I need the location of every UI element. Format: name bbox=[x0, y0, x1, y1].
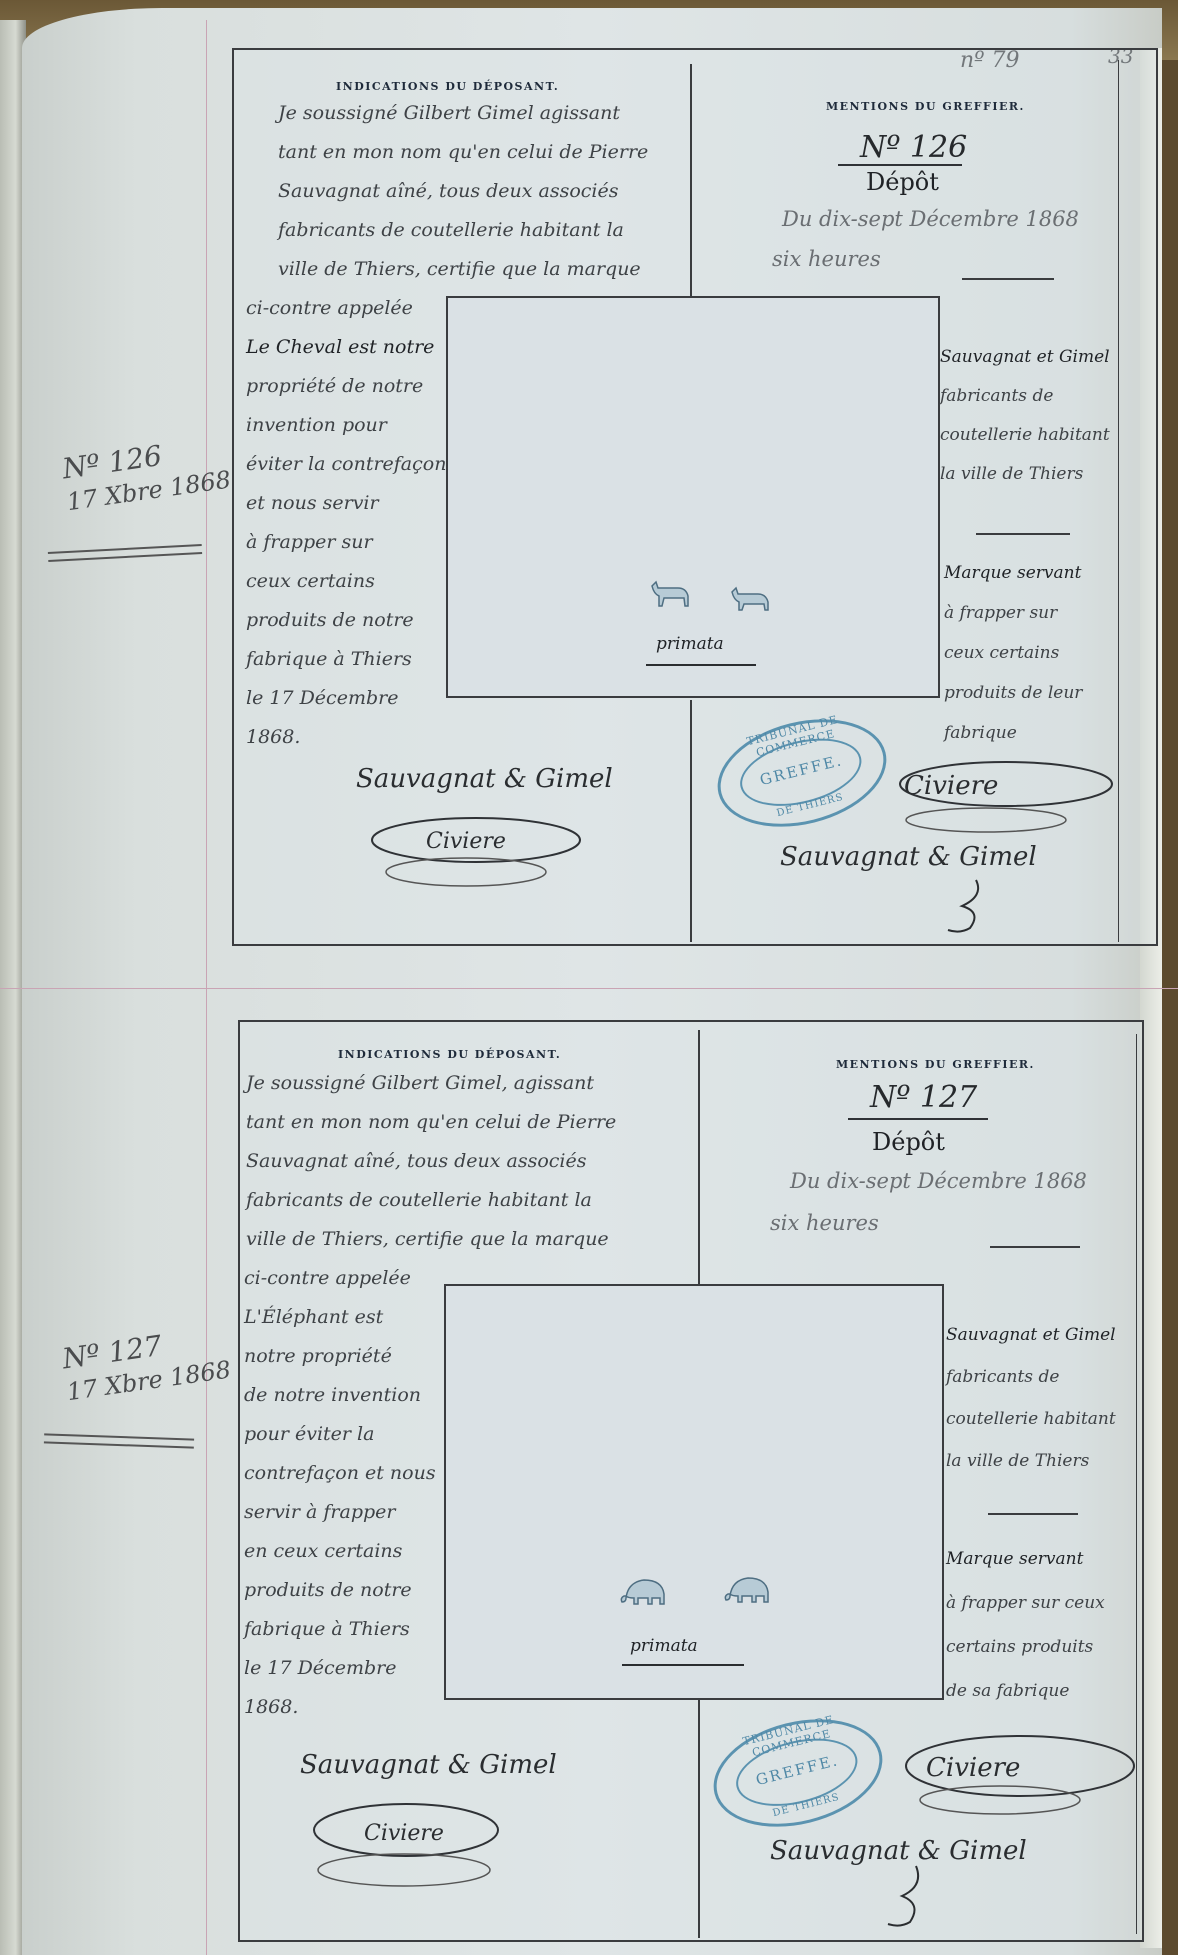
deposant-line: invention pour bbox=[246, 406, 387, 445]
greffier-line: la ville de Thiers bbox=[946, 1442, 1089, 1481]
deposant-line: éviter la contrefaçon bbox=[246, 445, 446, 484]
greffier-register-number: Nº 126 bbox=[860, 130, 967, 165]
greffier-line: coutellerie habitant bbox=[940, 416, 1110, 455]
register-number-underline bbox=[838, 164, 962, 166]
deposant-signature: Sauvagnat & Gimel bbox=[300, 1750, 557, 1780]
column-divider-top bbox=[690, 64, 692, 300]
deposant-line: ville de Thiers, certifie que la marque bbox=[246, 1220, 609, 1259]
deposant-line: Le Cheval est notre bbox=[246, 328, 434, 367]
deposant-heading: INDICATIONS DU DÉPOSANT. bbox=[336, 80, 559, 93]
greffier-line: à frapper sur ceux bbox=[946, 1584, 1105, 1623]
trademark-box: primata bbox=[446, 296, 940, 698]
elephant-icon bbox=[618, 1576, 668, 1608]
deposant-line: servir à frapper bbox=[244, 1493, 395, 1532]
deposant-line: pour éviter la bbox=[244, 1415, 374, 1454]
deposant-line: à frapper sur bbox=[246, 523, 373, 562]
deposant-line: ceux certains bbox=[246, 562, 375, 601]
depot-label: Dépôt bbox=[866, 168, 939, 196]
short-rule bbox=[990, 1246, 1080, 1248]
deposant-line: propriété de notre bbox=[246, 367, 423, 406]
deposant-line: ci-contre appelée bbox=[246, 289, 413, 328]
donkey-icon bbox=[648, 580, 692, 610]
register-number-underline bbox=[848, 1118, 988, 1120]
deposant-line: le 17 Décembre bbox=[246, 679, 398, 718]
signature-flourish-icon bbox=[940, 876, 990, 936]
greffier-line: Sauvagnat et Gimel bbox=[946, 1316, 1116, 1355]
deposant-line: le 17 Décembre bbox=[244, 1649, 396, 1688]
greffier-line: la ville de Thiers bbox=[940, 455, 1083, 494]
short-rule bbox=[976, 533, 1070, 535]
depot-time: six heures bbox=[770, 1204, 879, 1243]
deposant-line: Je soussigné Gilbert Gimel, agissant bbox=[246, 1064, 594, 1103]
deposant-line: 1868. bbox=[244, 1688, 298, 1727]
deposant-line: L'Éléphant est bbox=[244, 1298, 383, 1337]
signature-flourish-icon bbox=[880, 1862, 930, 1932]
deposant-line: ci-contre appelée bbox=[244, 1259, 411, 1298]
column-divider-bottom bbox=[698, 1696, 700, 1938]
greffier-line: à frapper sur bbox=[944, 594, 1057, 633]
right-inner-rule bbox=[1118, 60, 1119, 942]
deposant-line: produits de notre bbox=[246, 601, 414, 640]
deposant-line: fabrique à Thiers bbox=[244, 1610, 410, 1649]
greffier-signature: Sauvagnat & Gimel bbox=[780, 842, 1037, 872]
deposant-line: 1868. bbox=[246, 718, 300, 757]
short-rule bbox=[988, 1513, 1078, 1515]
deposant-line: et nous servir bbox=[246, 484, 379, 523]
deposant-line: fabrique à Thiers bbox=[246, 640, 412, 679]
greffier-line: Marque servant bbox=[944, 554, 1081, 593]
deposant-line: fabricants de coutellerie habitant la bbox=[246, 1181, 592, 1220]
mark-caption: primata bbox=[656, 634, 724, 654]
deposant-line: de notre invention bbox=[244, 1376, 421, 1415]
depot-time: six heures bbox=[772, 240, 881, 279]
deposant-line: Sauvagnat aîné, tous deux associés bbox=[246, 1142, 587, 1181]
greffier-line: ceux certains bbox=[944, 634, 1059, 673]
greffier-line: certains produits bbox=[946, 1628, 1093, 1667]
deposant-line: Sauvagnat aîné, tous deux associés bbox=[278, 172, 619, 211]
greffier-line: fabricants de bbox=[946, 1358, 1059, 1397]
donkey-icon bbox=[728, 584, 772, 614]
svg-text:Civiere: Civiere bbox=[904, 771, 998, 801]
depot-date: Du dix-sept Décembre 1868 bbox=[790, 1162, 1087, 1201]
deposant-line: ville de Thiers, certifie que la marque bbox=[278, 250, 641, 289]
column-divider-bottom bbox=[690, 700, 692, 942]
deposant-line: Je soussigné Gilbert Gimel agissant bbox=[278, 94, 620, 133]
greffier-line: Marque servant bbox=[946, 1540, 1083, 1579]
greffier-heading: MENTIONS DU GREFFIER. bbox=[826, 100, 1025, 113]
deposant-line: tant en mon nom qu'en celui de Pierre bbox=[278, 133, 648, 172]
paraphe-flourish-icon: Civiere bbox=[356, 806, 596, 896]
deposant-line: notre propriété bbox=[244, 1337, 392, 1376]
greffier-line: produits de leur bbox=[944, 674, 1082, 713]
mark-caption: primata bbox=[630, 1636, 698, 1656]
deposant-heading: INDICATIONS DU DÉPOSANT. bbox=[338, 1048, 561, 1061]
short-rule bbox=[962, 278, 1054, 280]
depot-date: Du dix-sept Décembre 1868 bbox=[782, 200, 1079, 239]
deposant-line: produits de notre bbox=[244, 1571, 412, 1610]
deposant-line: tant en mon nom qu'en celui de Pierre bbox=[246, 1103, 616, 1142]
greffier-line: coutellerie habitant bbox=[946, 1400, 1116, 1439]
svg-text:Civiere: Civiere bbox=[364, 1821, 444, 1846]
greffier-register-number: Nº 127 bbox=[870, 1080, 977, 1115]
svg-text:Civiere: Civiere bbox=[426, 829, 506, 854]
column-divider-top bbox=[698, 1030, 700, 1284]
greffier-line: de sa fabrique bbox=[946, 1672, 1069, 1711]
clerk-paraphe-icon: Civiere bbox=[856, 754, 1116, 844]
clerk-paraphe-icon: Civiere bbox=[870, 1732, 1140, 1832]
deposant-line: en ceux certains bbox=[244, 1532, 402, 1571]
greffier-line: Sauvagnat et Gimel bbox=[940, 338, 1110, 377]
mark-caption-underline bbox=[622, 1664, 744, 1666]
margin-rule-horizontal bbox=[0, 988, 1178, 989]
trademark-box: primata bbox=[444, 1284, 944, 1700]
deposant-signature: Sauvagnat & Gimel bbox=[356, 764, 613, 794]
greffier-line: fabrique bbox=[944, 714, 1017, 753]
deposant-line: fabricants de coutellerie habitant la bbox=[278, 211, 624, 250]
svg-text:Civiere: Civiere bbox=[926, 1753, 1020, 1783]
elephant-icon bbox=[722, 1574, 772, 1606]
deposant-line: contrefaçon et nous bbox=[244, 1454, 436, 1493]
paraphe-flourish-icon: Civiere bbox=[294, 1790, 514, 1900]
depot-label: Dépôt bbox=[872, 1128, 945, 1156]
greffier-heading: MENTIONS DU GREFFIER. bbox=[836, 1058, 1035, 1071]
greffier-line: fabricants de bbox=[940, 377, 1053, 416]
mark-caption-underline bbox=[646, 664, 756, 666]
